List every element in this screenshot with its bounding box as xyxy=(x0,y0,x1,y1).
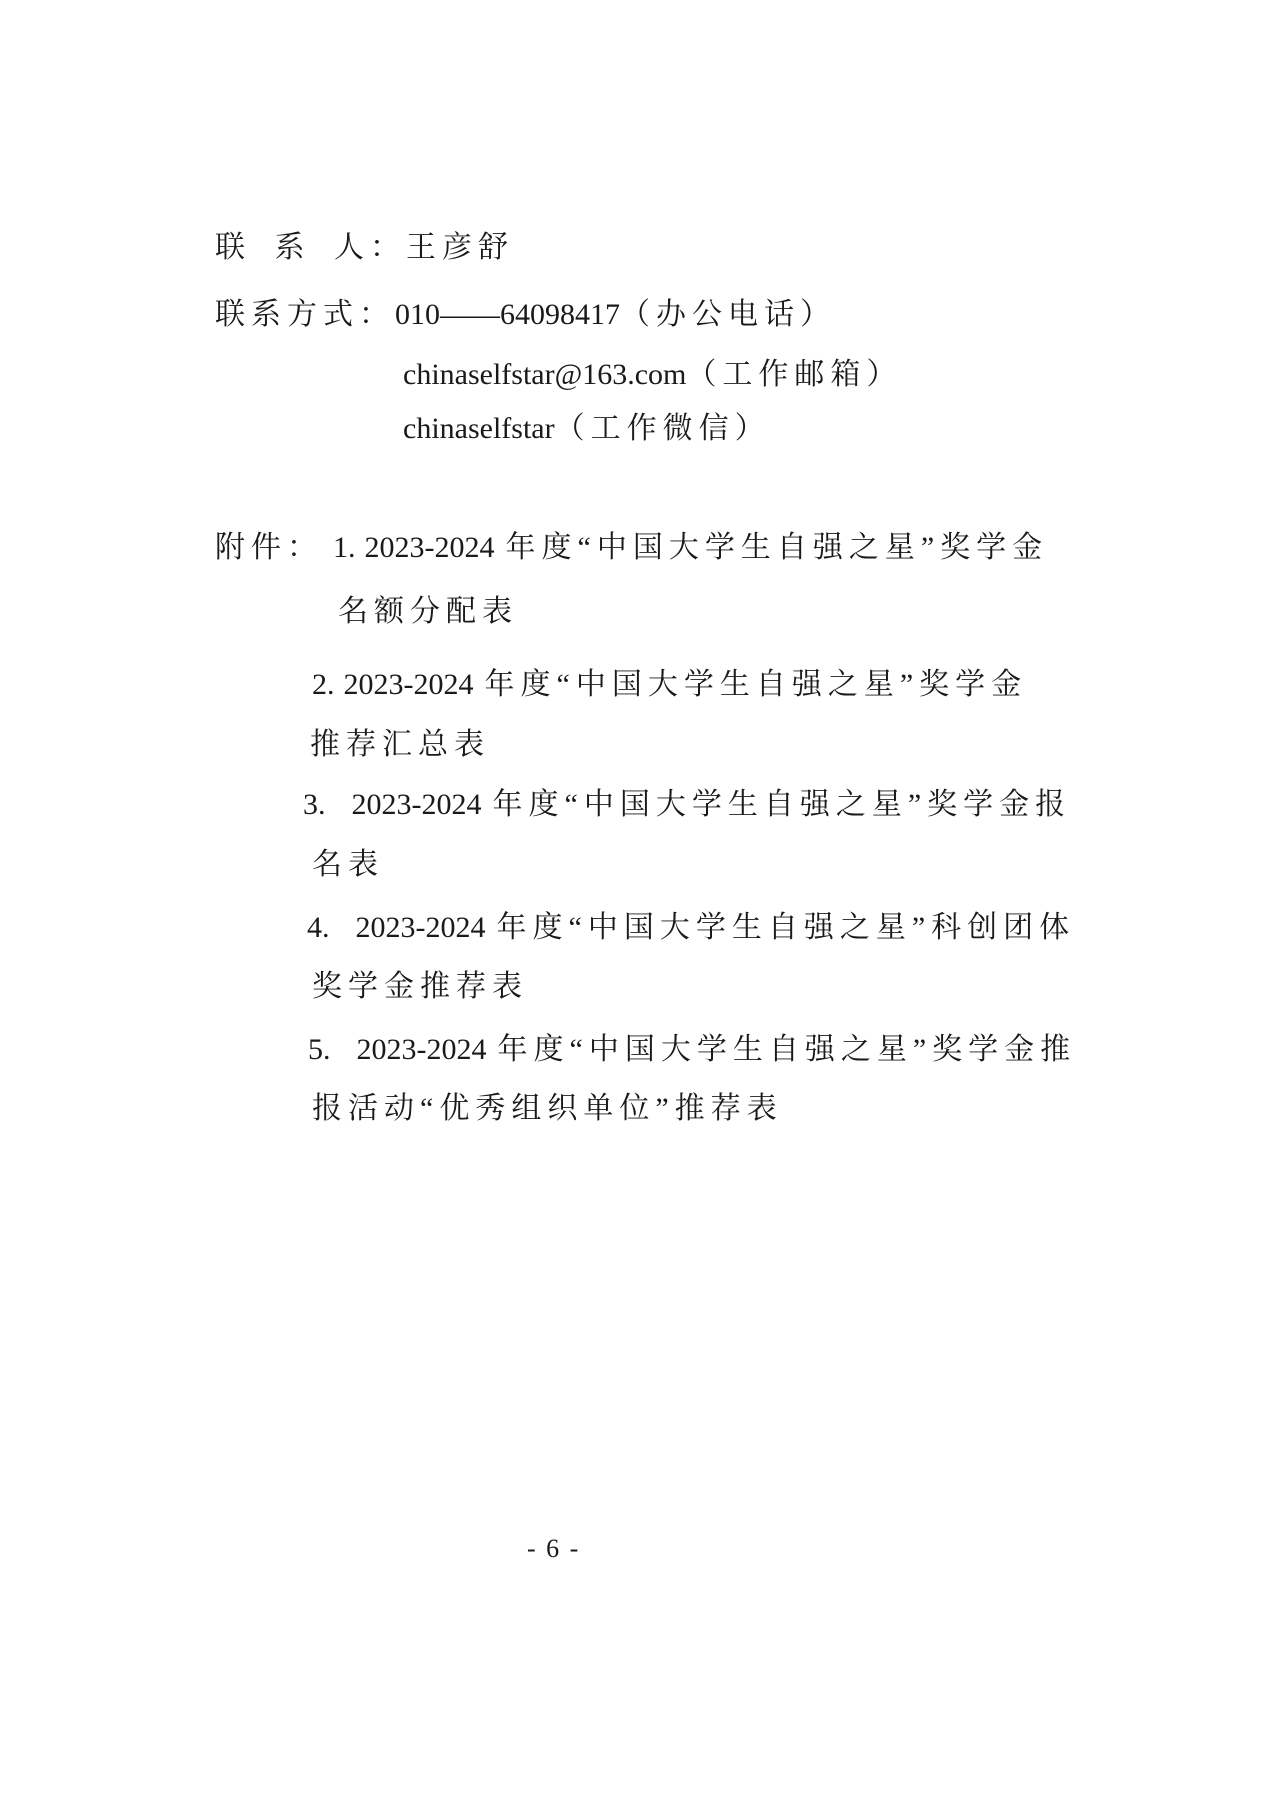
contact-person-label: 联 系 人： xyxy=(215,231,406,264)
contact-person-line: 联 系 人：王彦舒 xyxy=(215,228,514,268)
attachment-item-3-line-1: 3.2023-2024年度“中国大学生自强之星”奖学金报 xyxy=(303,785,1071,825)
page-number: - 6 - xyxy=(527,1532,580,1566)
attachment-item-5-line-1: 5.2023-2024年度“中国大学生自强之星”奖学金推 xyxy=(308,1030,1076,1070)
attachment-item-5-title: 年度“中国大学生自强之星”奖学金推 xyxy=(498,1033,1077,1066)
attachment-item-4-number: 4. xyxy=(307,911,330,944)
attachment-item-4-year: 2023-2024 xyxy=(356,911,486,944)
phone-note: （办公电话） xyxy=(620,298,836,331)
attachment-item-3-title: 年度“中国大学生自强之星”奖学金报 xyxy=(493,788,1072,821)
attachment-item-1-number: 1. xyxy=(333,531,356,564)
wechat-line: chinaselfstar（工作微信） xyxy=(403,409,771,449)
contact-person-name: 王彦舒 xyxy=(406,231,514,264)
attachment-item-1-year: 2023-2024 xyxy=(365,531,495,564)
document-page: 联 系 人：王彦舒 联系方式：010——64098417（办公电话） china… xyxy=(0,0,1280,1810)
phone-number: 010——64098417 xyxy=(395,298,620,331)
attachment-item-1-line-2: 名额分配表 xyxy=(338,592,518,632)
email-line: chinaselfstar@163.com（工作邮箱） xyxy=(403,355,902,395)
attachment-item-3-line-2: 名表 xyxy=(312,845,384,885)
attachment-item-2-year: 2023-2024 xyxy=(344,668,474,701)
attachment-item-3-year: 2023-2024 xyxy=(352,788,482,821)
attachment-item-1-title: 年度“中国大学生自强之星”奖学金 xyxy=(506,531,1049,564)
attachment-item-4-line-1: 4.2023-2024年度“中国大学生自强之星”科创团体 xyxy=(307,908,1075,948)
attachment-item-2-title: 年度“中国大学生自强之星”奖学金 xyxy=(485,668,1028,701)
attachment-item-5-number: 5. xyxy=(308,1033,331,1066)
contact-method-label: 联系方式： xyxy=(215,298,395,331)
attachment-item-1-line-1: 1.2023-2024年度“中国大学生自强之星”奖学金 xyxy=(333,528,1048,568)
attachment-item-2-number: 2. xyxy=(312,668,335,701)
wechat-id: chinaselfstar xyxy=(403,412,555,445)
attachment-item-4-title: 年度“中国大学生自强之星”科创团体 xyxy=(497,911,1076,944)
email-address: chinaselfstar@163.com xyxy=(403,358,686,391)
attachment-item-5-line-2: 报活动“优秀组织单位”推荐表 xyxy=(312,1089,783,1129)
attachments-label: 附件： xyxy=(215,528,323,568)
attachment-item-4-line-2: 奖学金推荐表 xyxy=(312,967,528,1007)
email-note: （工作邮箱） xyxy=(686,358,902,391)
contact-method-line: 联系方式：010——64098417（办公电话） xyxy=(215,295,836,335)
attachment-item-2-line-1: 2.2023-2024年度“中国大学生自强之星”奖学金 xyxy=(312,665,1027,705)
attachment-item-3-number: 3. xyxy=(303,788,326,821)
wechat-note: （工作微信） xyxy=(555,412,771,445)
attachment-item-2-line-2: 推荐汇总表 xyxy=(310,725,490,765)
attachment-item-5-year: 2023-2024 xyxy=(357,1033,487,1066)
